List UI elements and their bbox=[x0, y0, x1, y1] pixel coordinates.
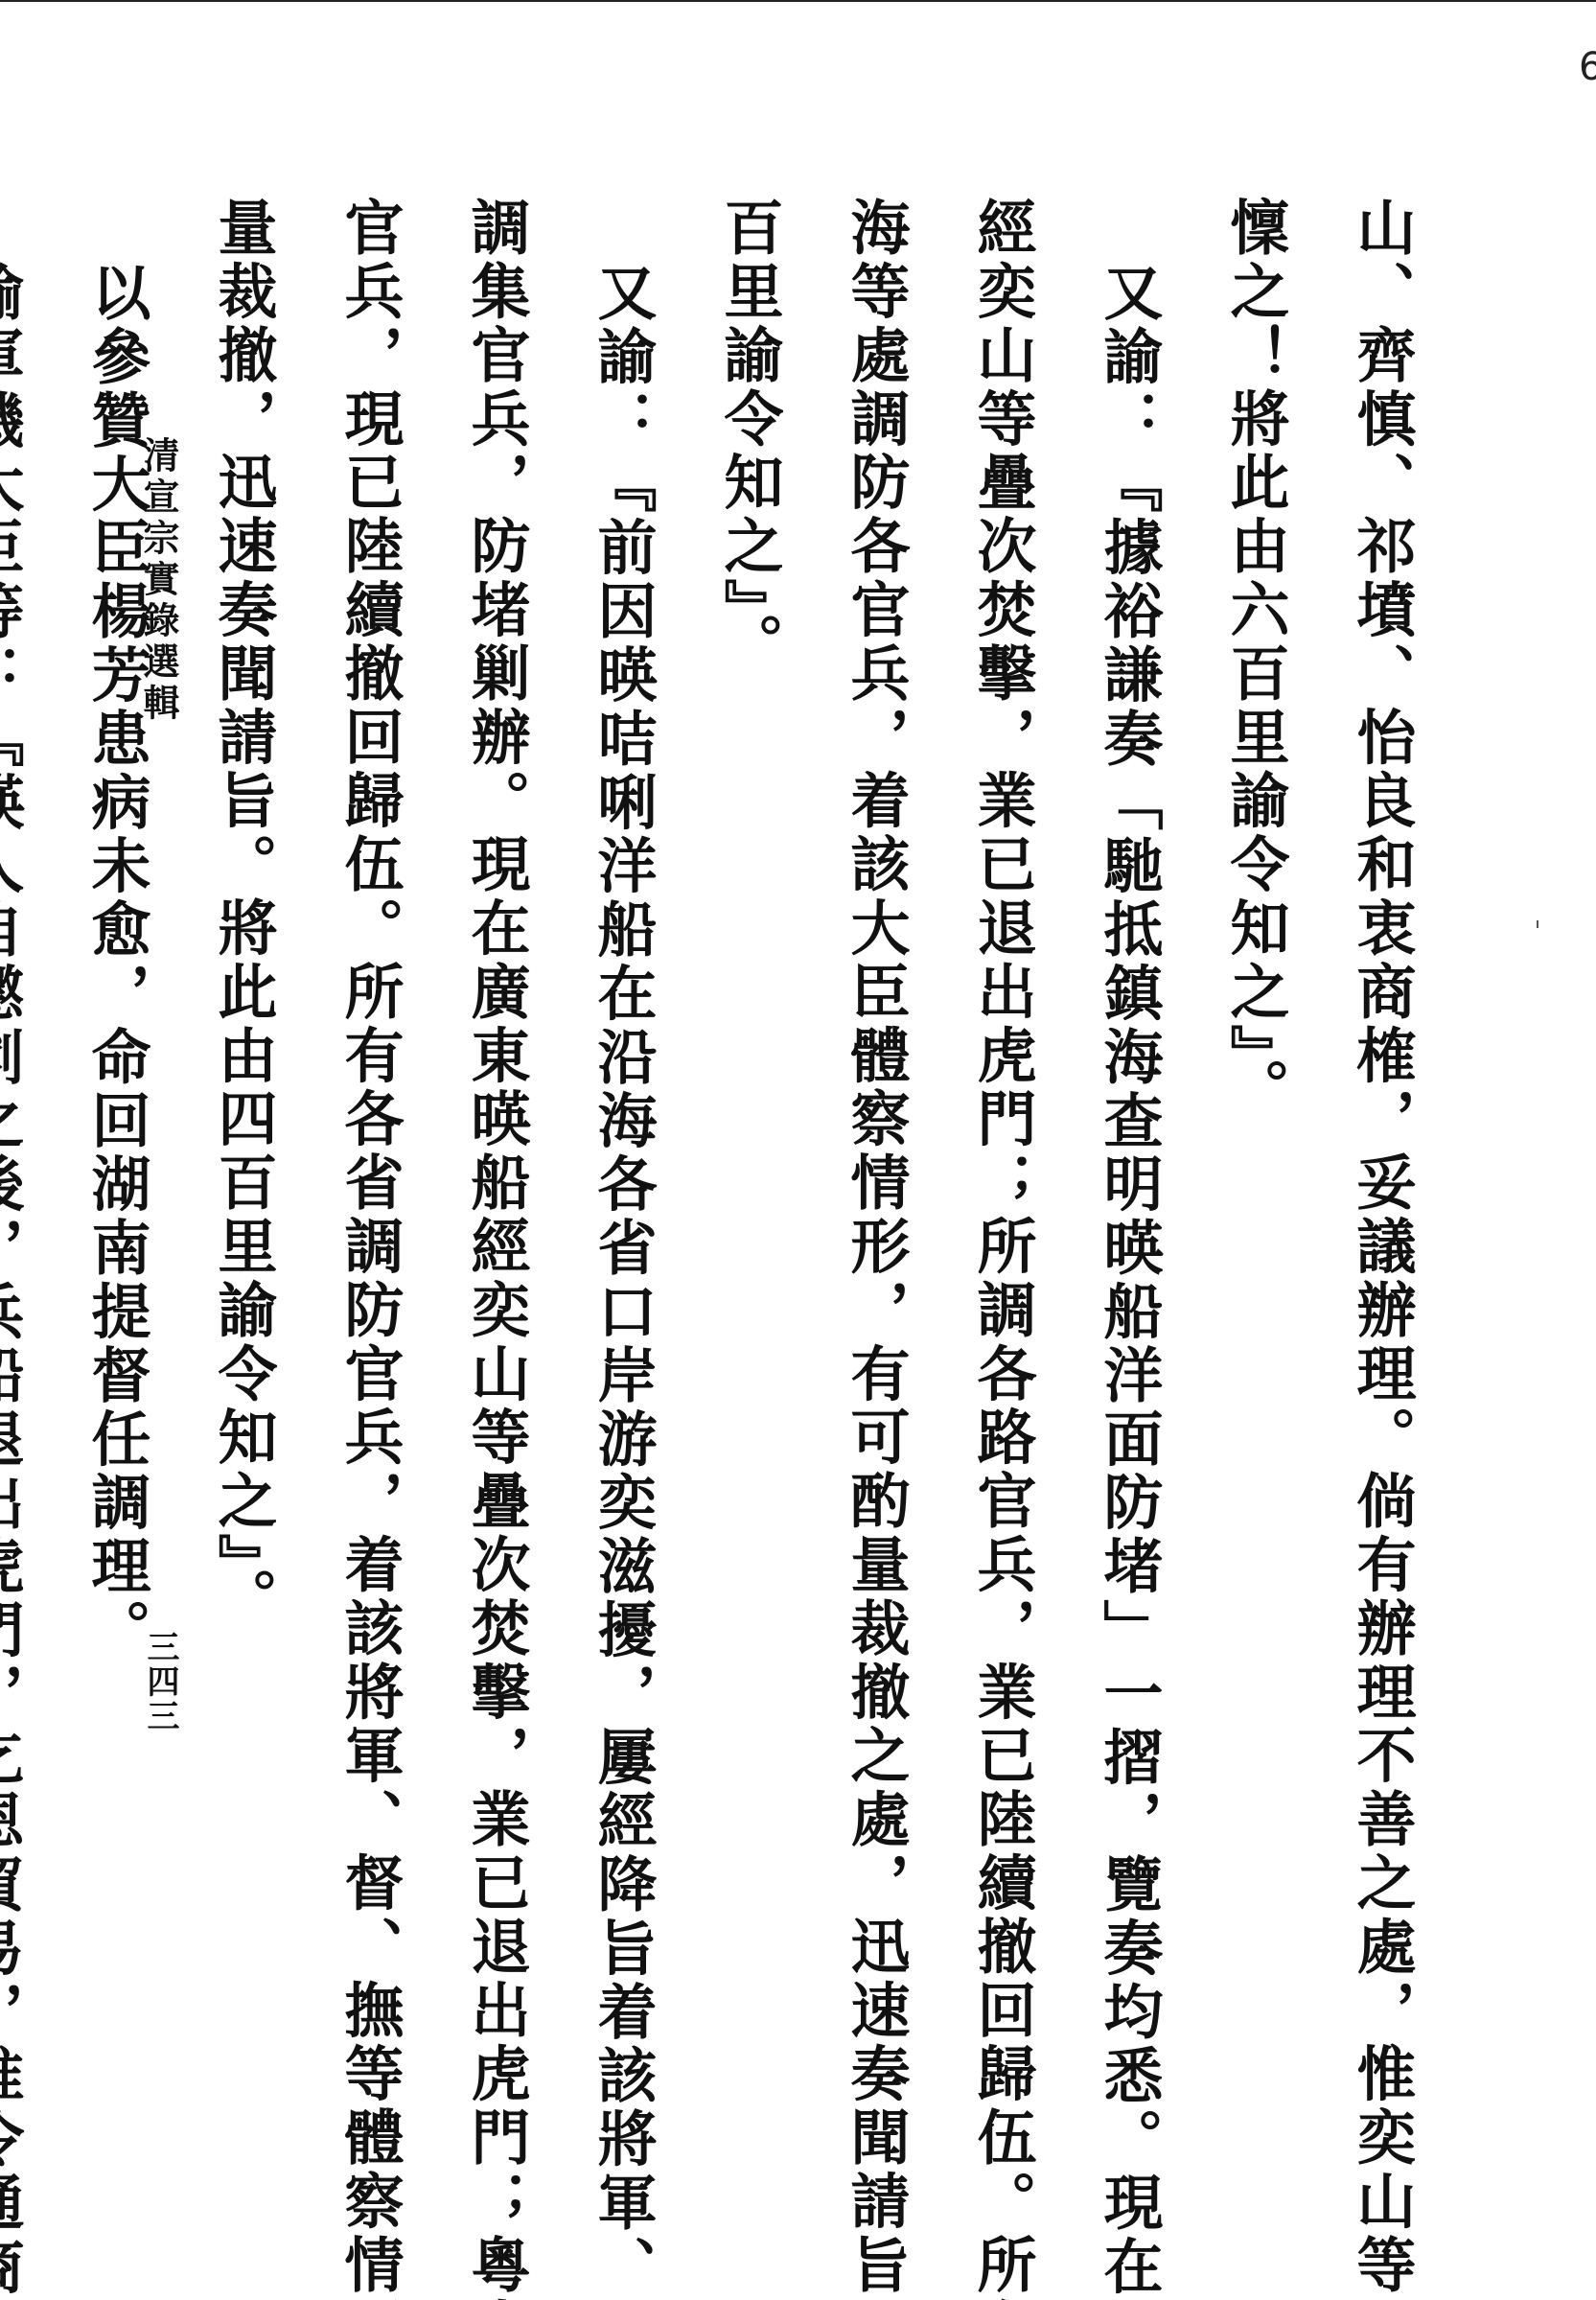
book-title-footer: 清宣宗實錄選輯 bbox=[132, 436, 185, 725]
text-column-8: 調集官兵，防堵剿辦。現在廣東暎船經奕山等疊次焚擊，業已退出虎門；粵省所調各路 bbox=[448, 197, 543, 2172]
text-column-3: 又諭：『據裕謙奏「馳抵鎮海查明暎船洋面防堵」一摺，覽奏均悉。現在廣東洋面 bbox=[1080, 197, 1175, 2237]
scan-mark bbox=[1537, 920, 1538, 928]
text-column-10: 量裁撤，迅速奏聞請旨。將此由四百里諭令知之』。 bbox=[195, 197, 289, 2172]
vertical-text-body: 山、齊慎、祁墳、怡良和衷商榷，妥議辦理。倘有辦理不善之處，惟奕山等四人是問。 懍… bbox=[0, 197, 1428, 2172]
text-column-9: 官兵，現已陸續撤回歸伍。所有各省調防官兵，着該將軍、督、撫等體察情形，如何酌 bbox=[321, 197, 416, 2172]
page-corner-fragment: 6 bbox=[1579, 48, 1596, 86]
text-column-12: 諭軍機大臣等：『暎人自懲創之後，兵船退出虎門，乞恩貿易，准令通商。昨據該 bbox=[0, 197, 36, 2237]
text-column-6: 百里諭令知之』。 bbox=[701, 197, 796, 2172]
text-column-5: 海等處調防各官兵，着該大臣體察情形，有可酌量裁撤之處，迅速奏聞請旨。將此由四 bbox=[827, 197, 922, 2172]
text-column-2: 懍之！將此由六百里諭令知之』。 bbox=[1207, 197, 1302, 2172]
page-number: 三四三 bbox=[137, 1630, 184, 1733]
text-column-4: 經奕山等疊次焚擊，業已退出虎門；所調各路官兵，業已陸續撤回歸伍。所有賓山、鎮 bbox=[954, 197, 1049, 2172]
text-column-7: 又諭：『前因暎咭唎洋船在沿海各省口岸游奕滋擾，屢經降旨着該將軍、督、撫等 bbox=[574, 197, 669, 2237]
top-border-rule bbox=[0, 0, 1596, 2]
text-column-1: 山、齊慎、祁墳、怡良和衷商榷，妥議辦理。倘有辦理不善之處，惟奕山等四人是問。 bbox=[1333, 197, 1428, 2172]
